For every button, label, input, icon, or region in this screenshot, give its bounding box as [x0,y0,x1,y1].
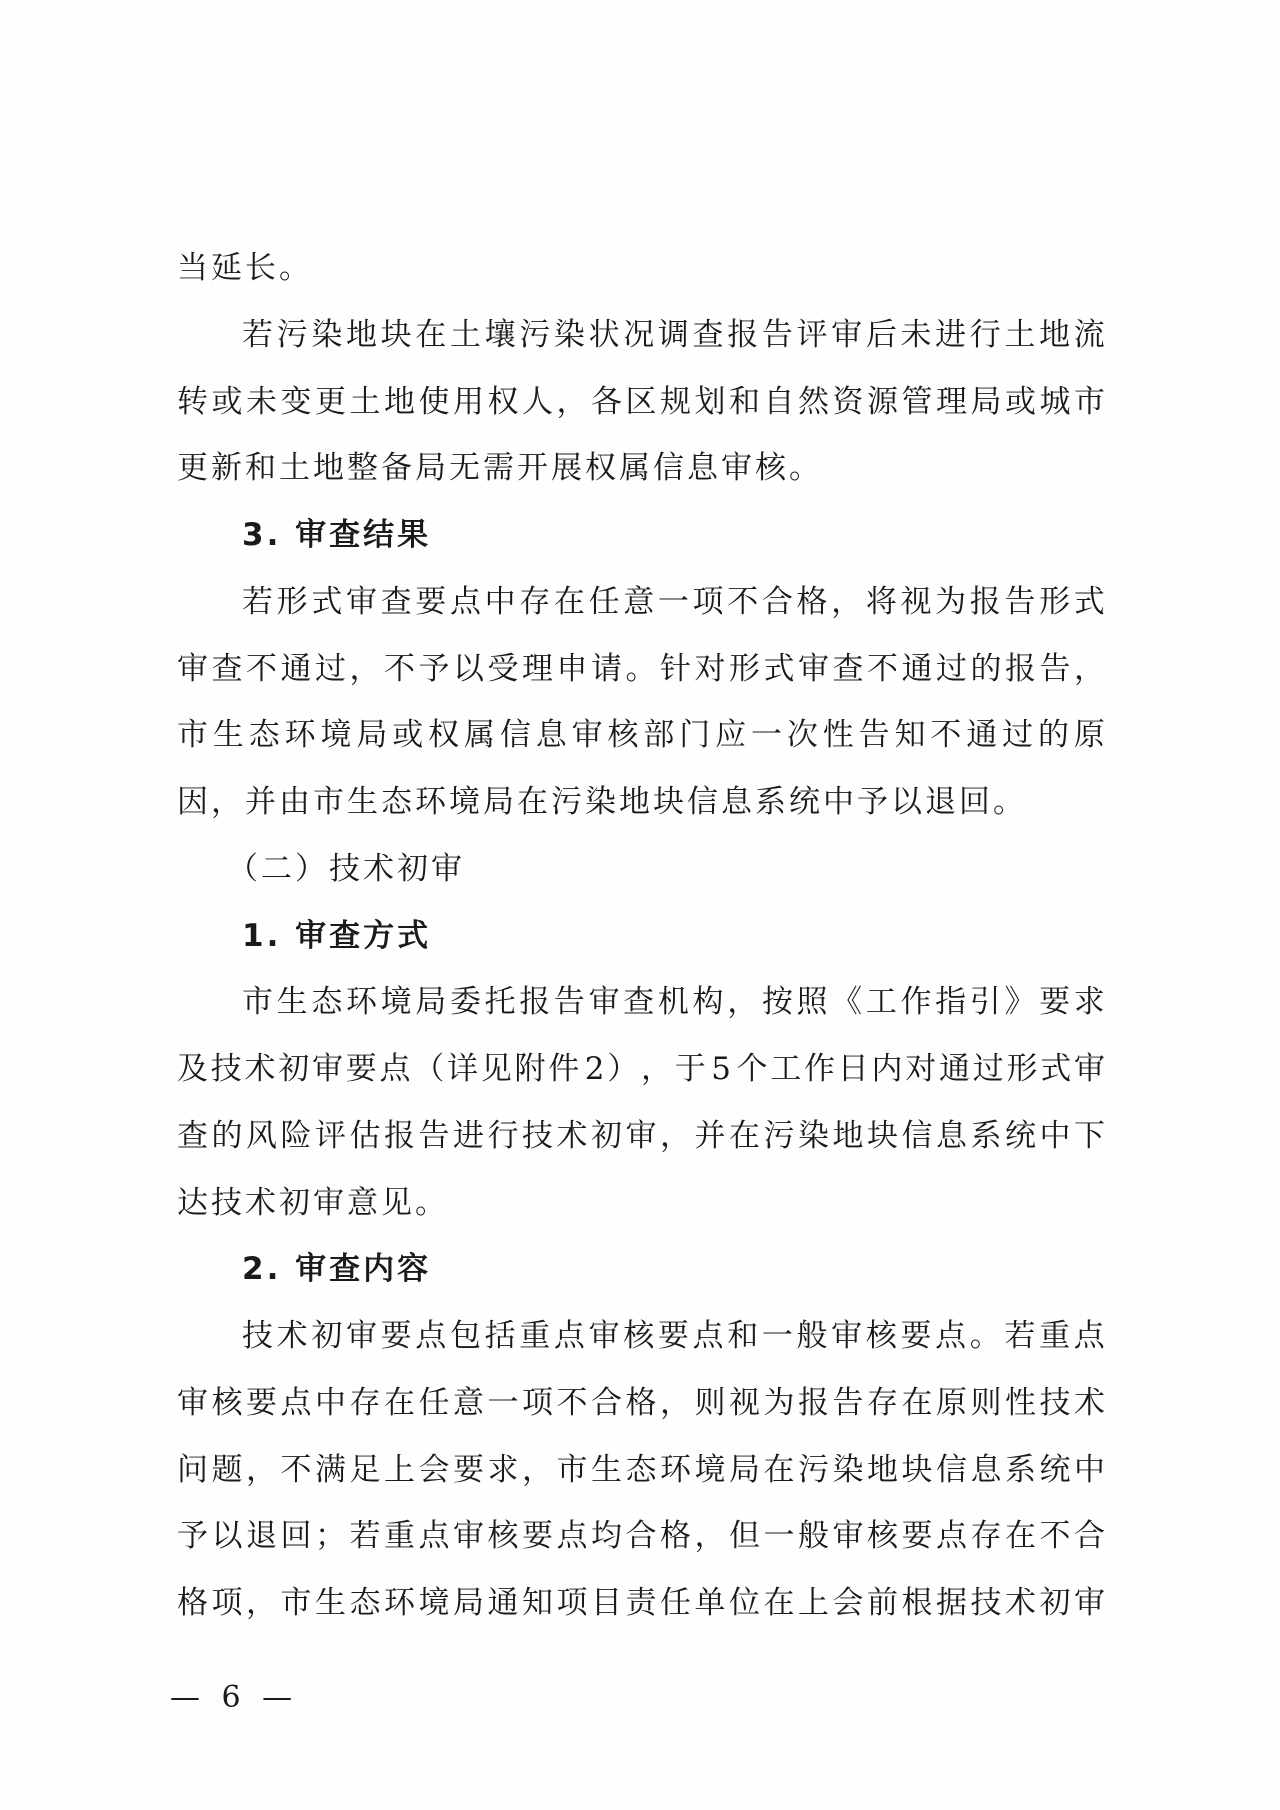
paragraph-line: 市生态环境局或权属信息审核部门应一次性告知不通过的原 [177,702,1105,769]
section-heading-review-result: 3. 审查结果 [177,502,1105,569]
paragraph-line: 审核要点中存在任意一项不合格，则视为报告存在原则性技术 [177,1370,1105,1437]
paragraph-line: 技术初审要点包括重点审核要点和一般审核要点。若重点 [177,1303,1105,1370]
paragraph-line: 予以退回；若重点审核要点均合格，但一般审核要点存在不合 [177,1503,1105,1570]
paragraph-line: 格项，市生态环境局通知项目责任单位在上会前根据技术初审 [177,1570,1105,1637]
document-page: 当延长。 若污染地块在土壤污染状况调查报告评审后未进行土地流 转或未变更土地使用… [0,0,1280,1810]
paragraph-line: 达技术初审意见。 [177,1170,1105,1237]
paragraph-line: 转或未变更土地使用权人，各区规划和自然资源管理局或城市 [177,369,1105,436]
body-text: 当延长。 若污染地块在土壤污染状况调查报告评审后未进行土地流 转或未变更土地使用… [177,235,1105,1637]
paragraph-line: 查的风险评估报告进行技术初审，并在污染地块信息系统中下 [177,1103,1105,1170]
paragraph-line: 更新和土地整备局无需开展权属信息审核。 [177,435,1105,502]
section-heading-review-content: 2. 审查内容 [177,1236,1105,1303]
subsection-heading-technical-review: （二）技术初审 [177,836,1105,903]
paragraph-line: 若污染地块在土壤污染状况调查报告评审后未进行土地流 [177,302,1105,369]
paragraph-line: 问题，不满足上会要求，市生态环境局在污染地块信息系统中 [177,1437,1105,1504]
paragraph-line: 当延长。 [177,235,1105,302]
paragraph-line: 若形式审查要点中存在任意一项不合格，将视为报告形式 [177,569,1105,636]
page-number: — 6 — [170,1676,298,1720]
paragraph-line: 审查不通过，不予以受理申请。针对形式审查不通过的报告， [177,636,1105,703]
paragraph-line: 及技术初审要点（详见附件 2），于 5 个工作日内对通过形式审 [177,1036,1105,1103]
paragraph-line: 市生态环境局委托报告审查机构，按照《工作指引》要求 [177,969,1105,1036]
paragraph-line: 因，并由市生态环境局在污染地块信息系统中予以退回。 [177,769,1105,836]
section-heading-review-method: 1. 审查方式 [177,903,1105,970]
